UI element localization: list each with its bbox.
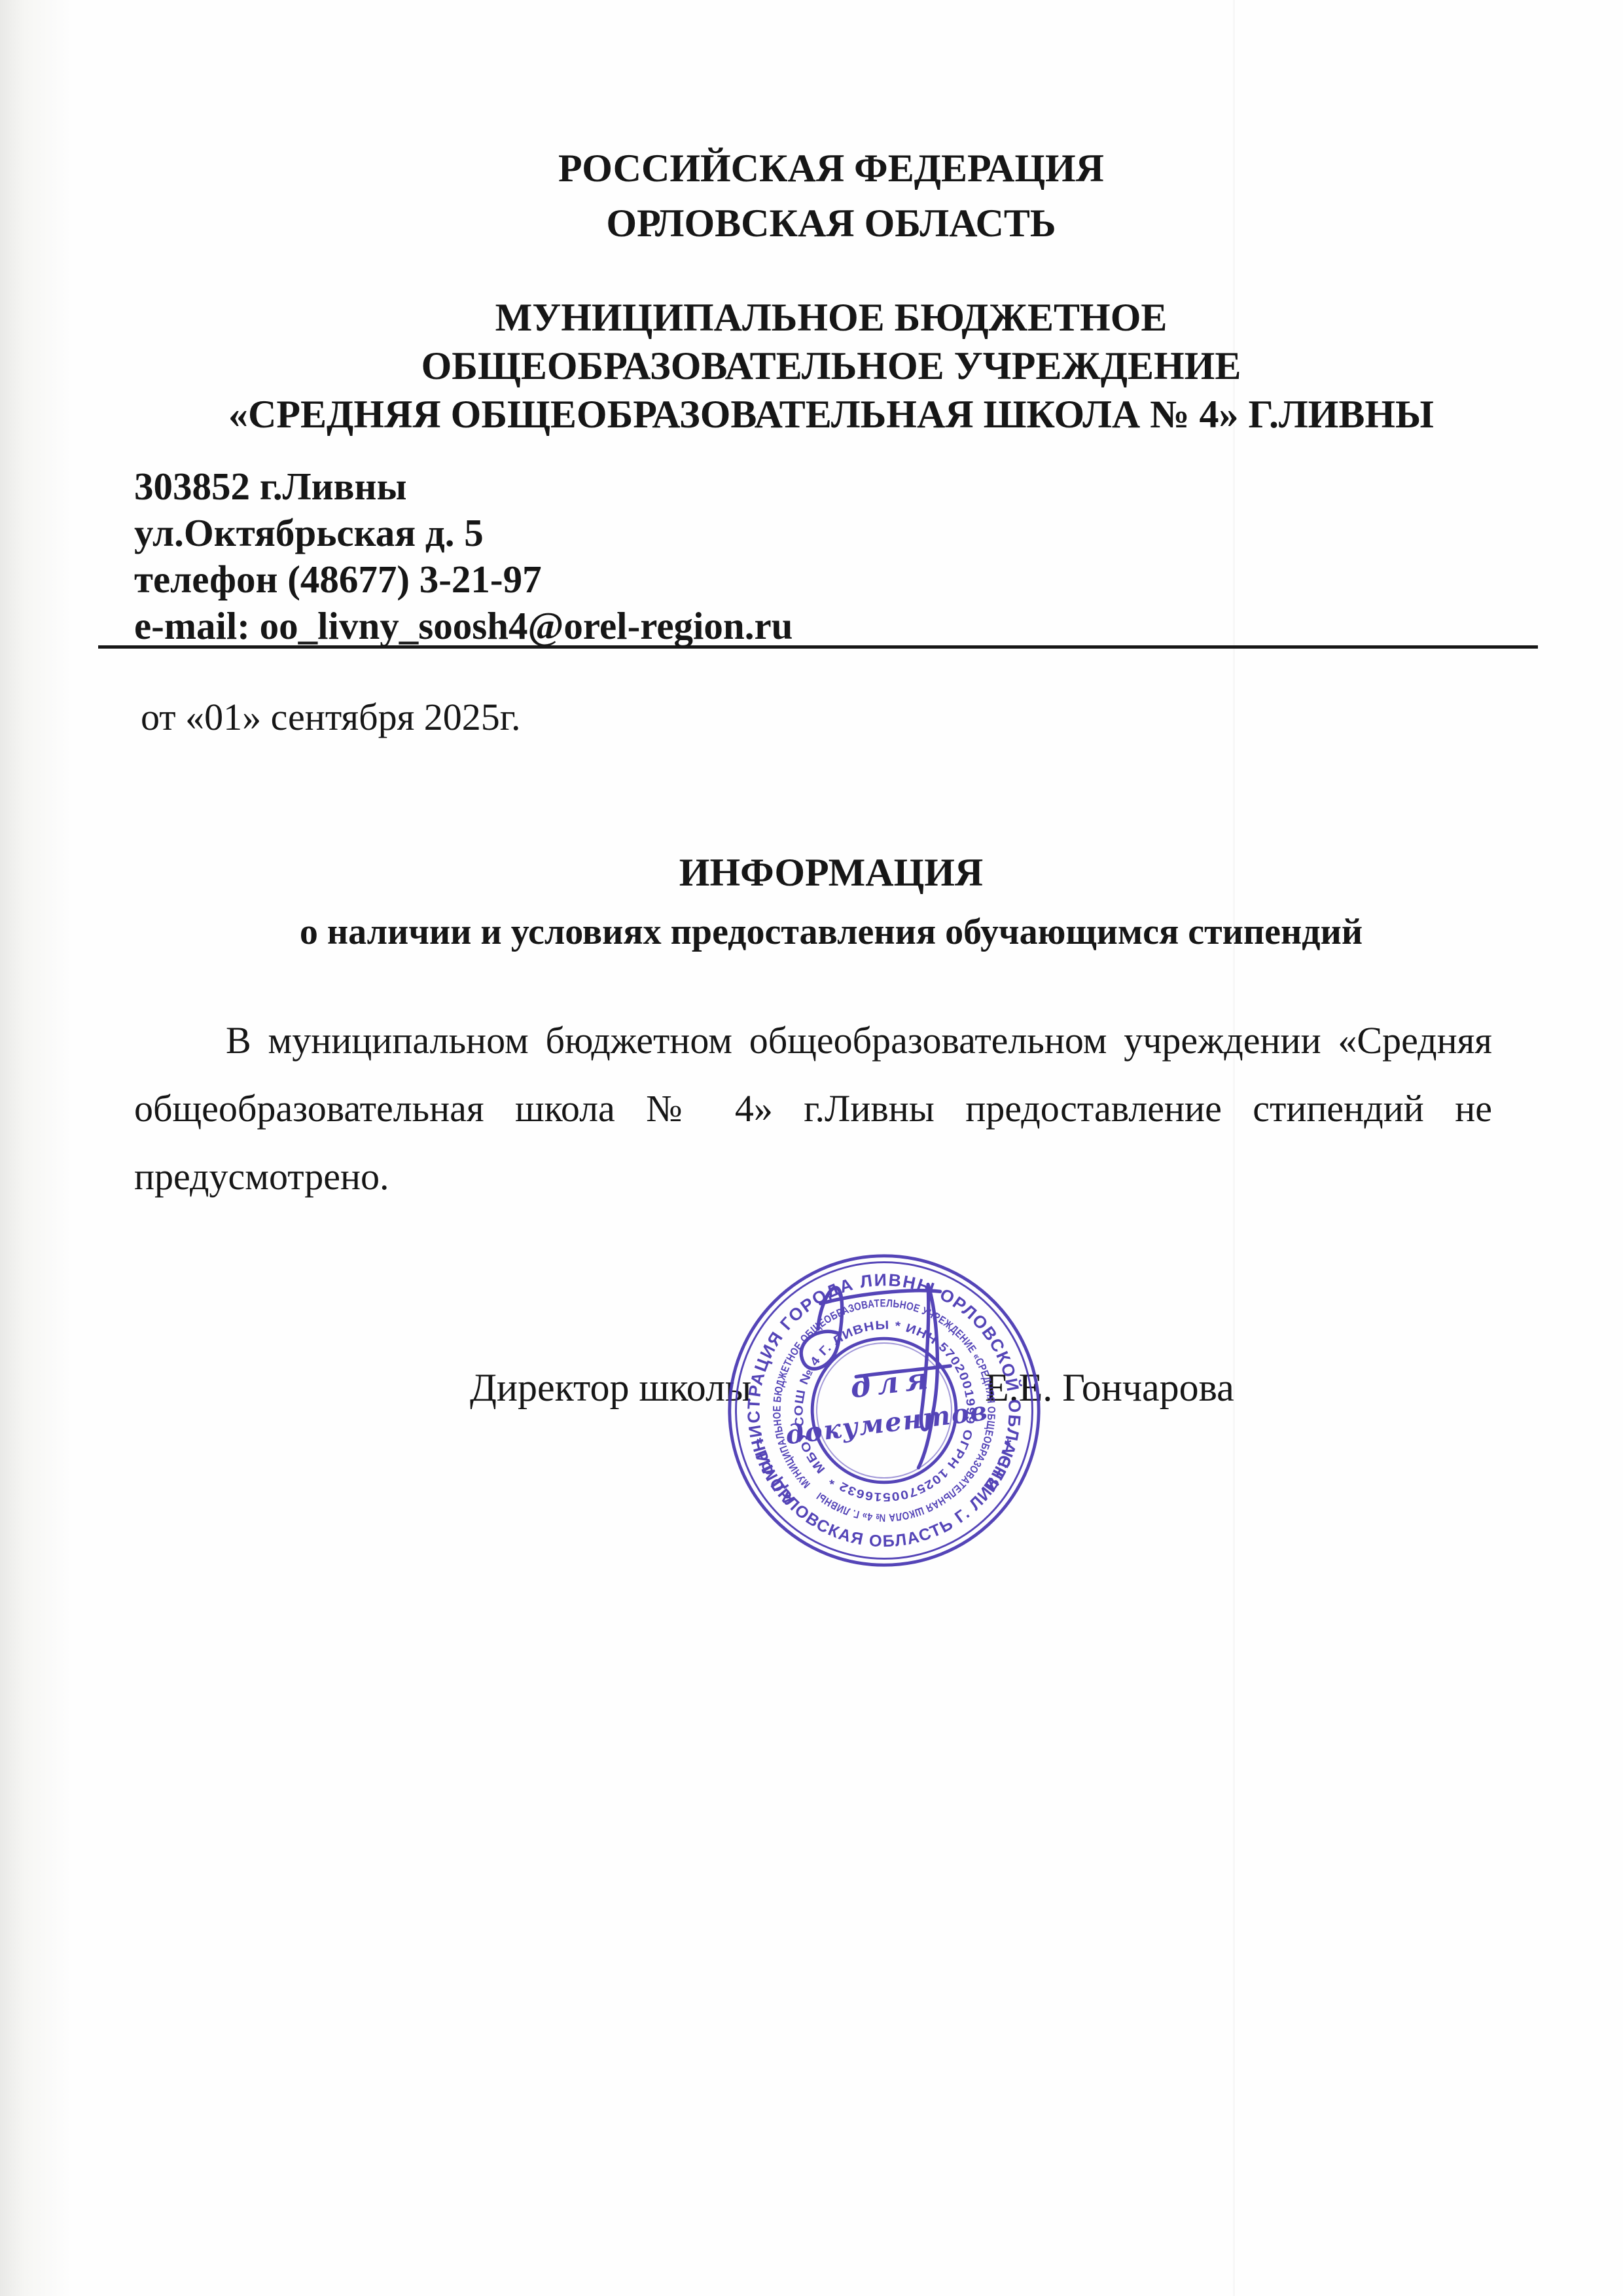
scanned-document-page: РОССИЙСКАЯ ФЕДЕРАЦИЯ ОРЛОВСКАЯ ОБЛАСТЬ М… <box>0 0 1623 2296</box>
document-title-block: ИНФОРМАЦИЯ о наличии и условиях предоста… <box>134 850 1528 953</box>
document-date: от «01» сентября 2025г. <box>141 695 521 739</box>
document-subtitle: о наличии и условиях предоставления обуч… <box>134 911 1528 953</box>
org-name-line1: МУНИЦИПАЛЬНОЕ БЮДЖЕТНОЕ <box>134 293 1528 342</box>
contact-block: 303852 г.Ливны ул.Октябрьская д. 5 телеф… <box>134 463 793 649</box>
contact-email: e-mail: oo_livny_soosh4@orel-region.ru <box>134 603 793 649</box>
official-round-stamp: АДМИНИСТРАЦИЯ ГОРОДА ЛИВНЫ ОРЛОВСКОЙ ОБЛ… <box>725 1251 1043 1570</box>
organization-name-block: МУНИЦИПАЛЬНОЕ БЮДЖЕТНОЕ ОБЩЕОБРАЗОВАТЕЛЬ… <box>134 293 1528 439</box>
letterhead-divider-rule <box>98 645 1538 649</box>
org-name-line2: ОБЩЕОБРАЗОВАТЕЛЬНОЕ УЧРЕЖДЕНИЕ <box>134 342 1528 390</box>
contact-phone: телефон (48677) 3-21-97 <box>134 556 793 603</box>
body-paragraph: В муниципальном бюджетном общеобразовате… <box>134 1007 1492 1211</box>
org-name-line3: «СРЕДНЯЯ ОБЩЕОБРАЗОВАТЕЛЬНАЯ ШКОЛА № 4» … <box>134 390 1528 439</box>
letterhead-header: РОССИЙСКАЯ ФЕДЕРАЦИЯ ОРЛОВСКАЯ ОБЛАСТЬ <box>134 141 1528 251</box>
scan-edge-shadow <box>0 0 72 2296</box>
contact-street: ул.Октябрьская д. 5 <box>134 510 793 556</box>
document-title: ИНФОРМАЦИЯ <box>134 850 1528 895</box>
contact-postal: 303852 г.Ливны <box>134 463 793 510</box>
body-line-1: В муниципальном бюджетном общеобразовате… <box>134 1007 1492 1075</box>
header-region: ОРЛОВСКАЯ ОБЛАСТЬ <box>134 196 1528 251</box>
header-country: РОССИЙСКАЯ ФЕДЕРАЦИЯ <box>134 141 1528 196</box>
body-line-3: предусмотрено. <box>134 1143 1492 1211</box>
signature-role: Директор школы <box>470 1365 751 1410</box>
body-line-2: общеобразовательная школа № 4» г.Ливны п… <box>134 1075 1492 1143</box>
